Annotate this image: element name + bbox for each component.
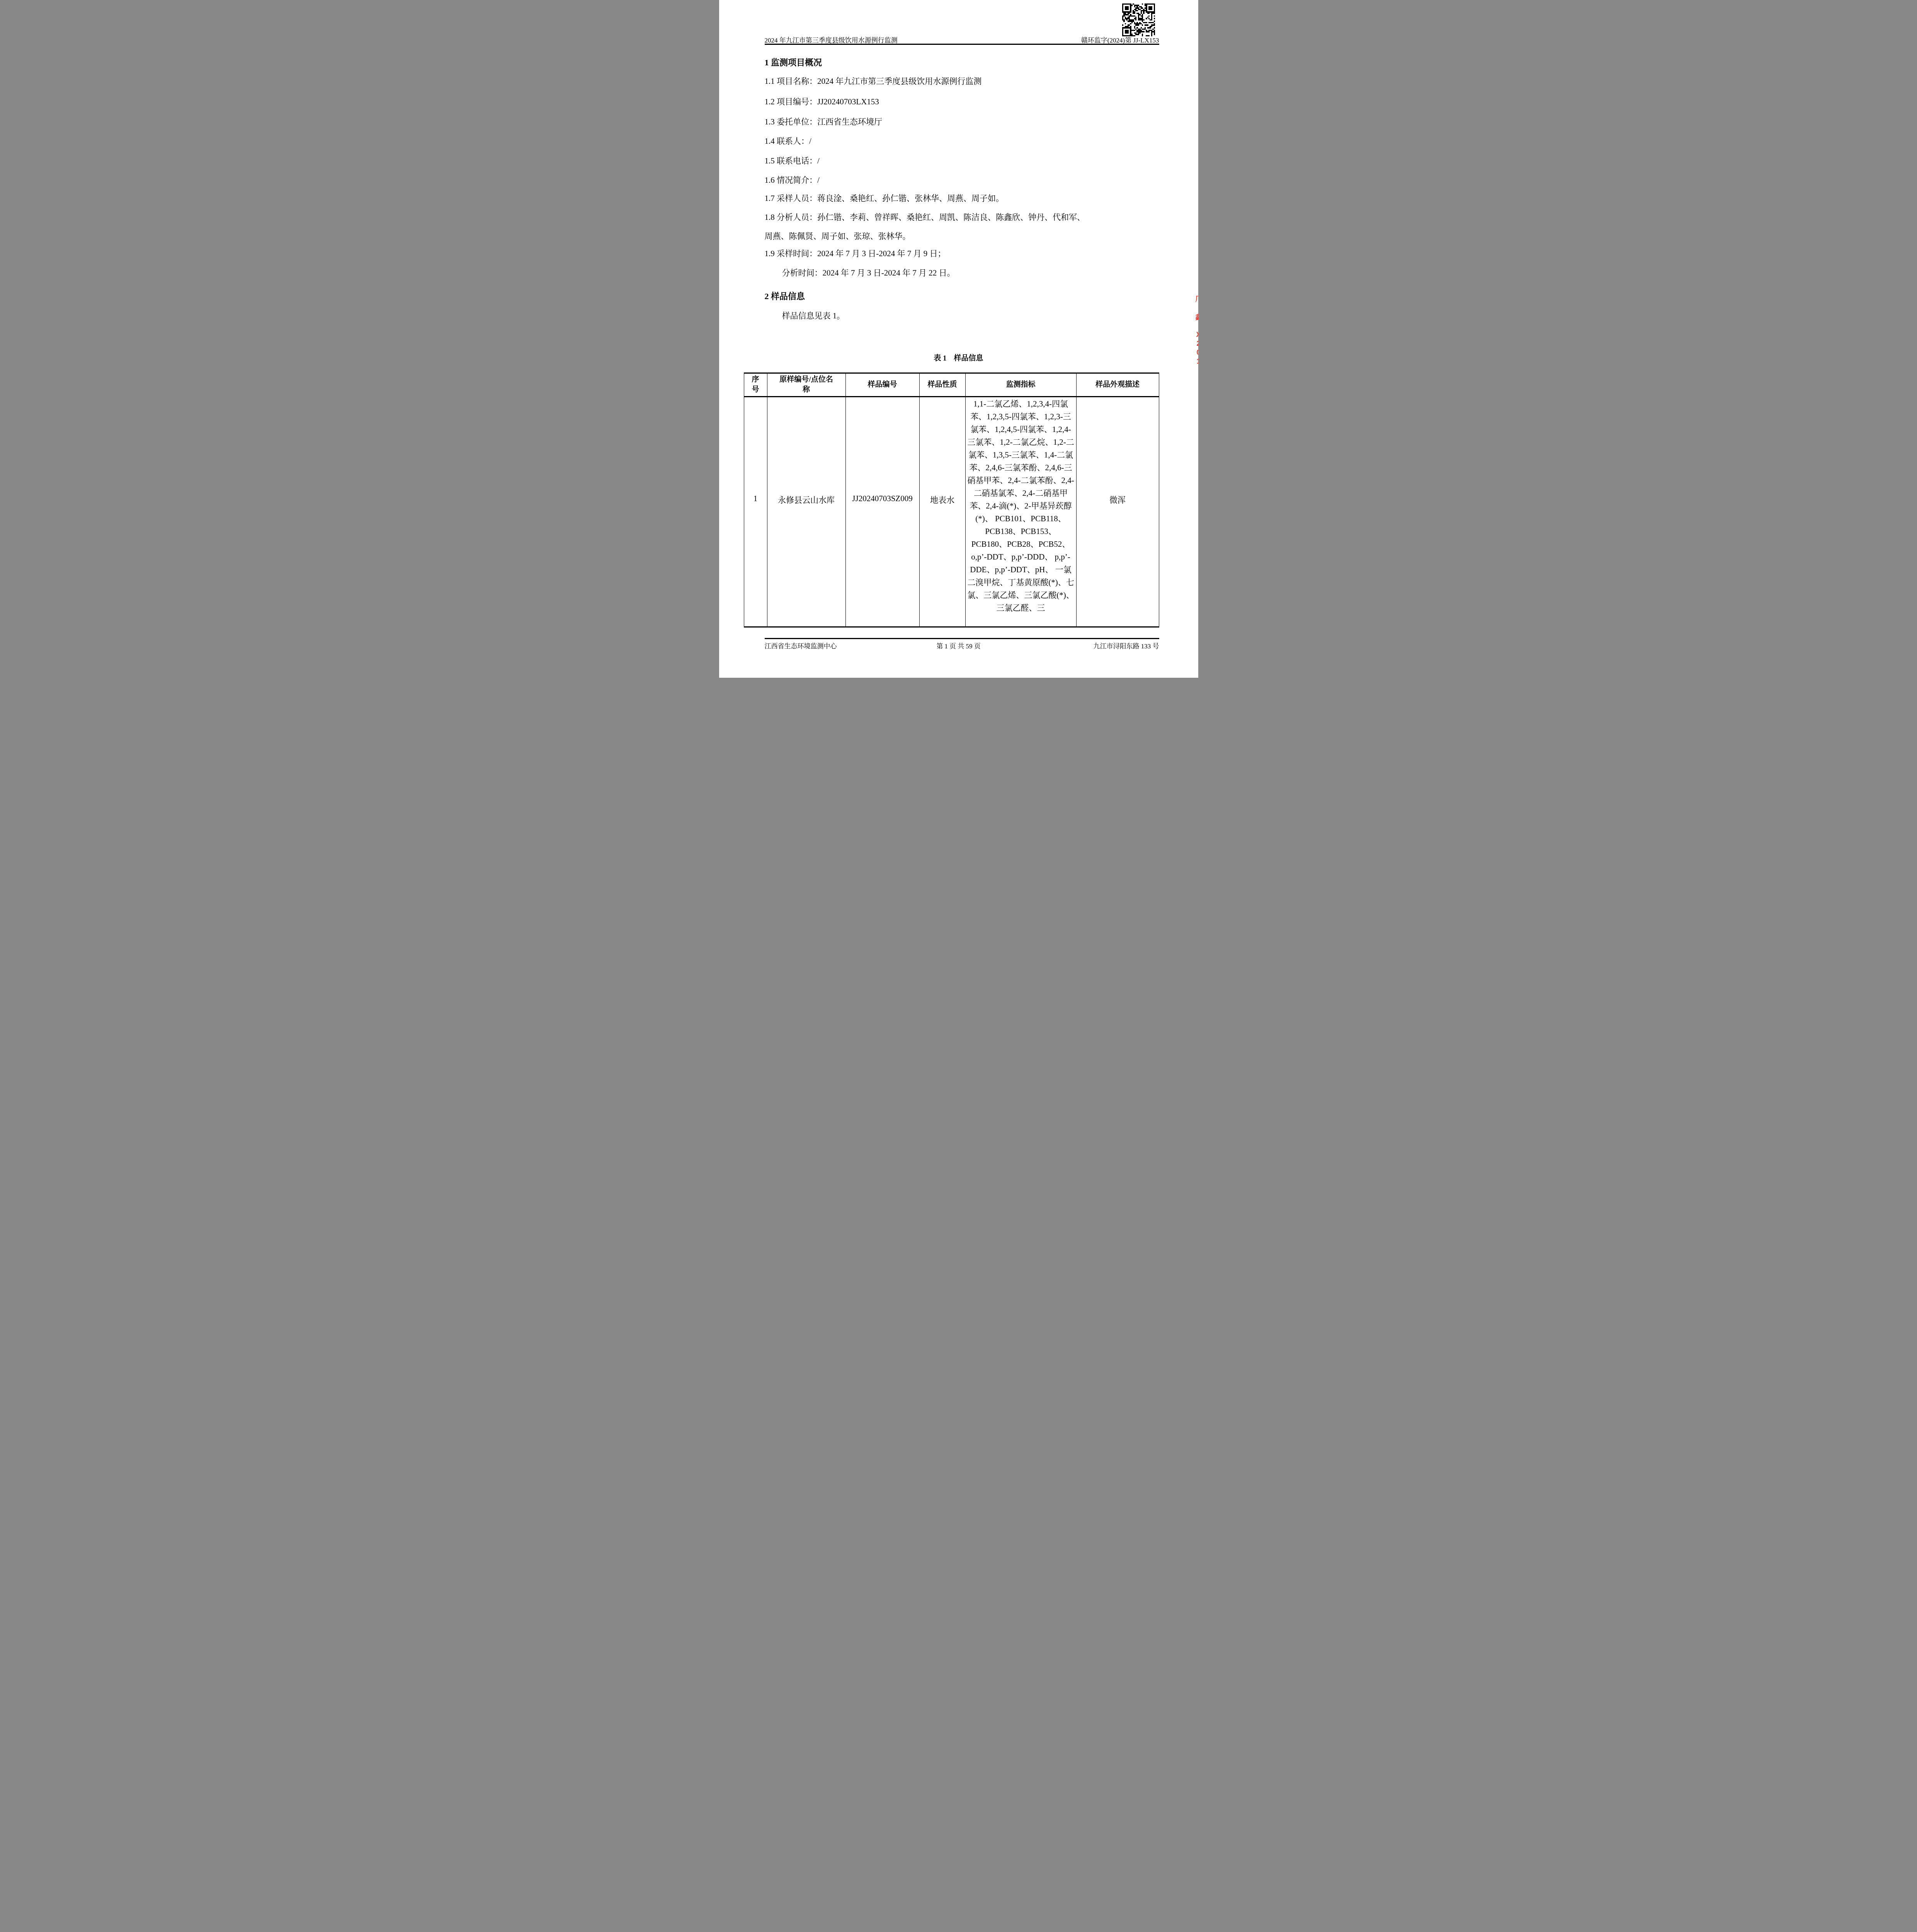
cell-indicators: 1,1-二氯乙烯、1,2,3,4-四氯苯、1,2,3,5-四氯苯、1,2,3-三… bbox=[966, 397, 1077, 626]
item-analysts-line1: 1.8 分析人员：孙仁锴、李莉、曾祥晖、桑艳红、周凯、陈洁良、陈鑫欣、钟丹、代和… bbox=[765, 211, 1085, 223]
footer-address: 九江市浔阳东路 133 号 bbox=[1094, 641, 1159, 650]
col-header-sample-id: 样品编号 bbox=[846, 374, 920, 396]
cell-appearance: 微浑 bbox=[1077, 397, 1159, 626]
table-caption: 表 1 样品信息 bbox=[719, 352, 1198, 363]
item-brief: 1.6 情况简介：/ bbox=[765, 174, 820, 185]
item-project-name: 1.1 项目名称：2024 年九江市第三季度县级饮用水源例行监测 bbox=[765, 75, 982, 87]
col-header-indicators: 监测指标 bbox=[966, 374, 1077, 396]
footer-divider bbox=[765, 638, 1159, 639]
item-analysts-line2: 周燕、陈佩贤、周子如、张琼、张林华。 bbox=[765, 230, 911, 241]
stamp-fragment: 厂 bbox=[1195, 295, 1198, 303]
item-project-number: 1.2 项目编号：JJ20240703LX153 bbox=[765, 95, 879, 107]
cell-site: 永修县云山水库 bbox=[767, 397, 846, 626]
sample-info-table: 序 号 原样编号/点位名 称 样品编号 样品性质 监测指标 样品外观描述 1 永… bbox=[744, 372, 1159, 628]
footer-organization: 江西省生态环境监测中心 bbox=[765, 641, 837, 650]
qr-code-icon bbox=[1122, 3, 1155, 36]
cell-no: 1 bbox=[744, 397, 767, 626]
table-header-row: 序 号 原样编号/点位名 称 样品编号 样品性质 监测指标 样品外观描述 bbox=[744, 374, 1159, 397]
header-report-title: 2024 年九江市第三季度县级饮用水源例行监测 bbox=[765, 35, 898, 44]
stamp-fragment: X201 bbox=[1195, 331, 1198, 366]
section-2-title: 2 样品信息 bbox=[765, 290, 805, 302]
item-contact-phone: 1.5 联系电话：/ bbox=[765, 155, 820, 166]
stamp-text: 厂 鑫 X201 bbox=[1195, 294, 1198, 366]
col-header-no: 序 号 bbox=[744, 374, 767, 396]
stamp-fragment: 鑫 bbox=[1195, 313, 1198, 321]
item-contact-person: 1.4 联系人：/ bbox=[765, 135, 811, 146]
item-sampling-time: 1.9 采样时间：2024 年 7 月 3 日-2024 年 7 月 9 日； bbox=[765, 247, 946, 259]
table-row: 1 永修县云山水库 JJ20240703SZ009 地表水 1,1-二氯乙烯、1… bbox=[744, 397, 1159, 626]
col-header-appearance: 样品外观描述 bbox=[1077, 374, 1159, 396]
header-divider bbox=[765, 44, 1159, 45]
col-header-site: 原样编号/点位名 称 bbox=[767, 374, 846, 396]
item-client: 1.3 委托单位：江西省生态环境厅 bbox=[765, 116, 883, 127]
col-header-nature: 样品性质 bbox=[920, 374, 966, 396]
cell-sample-id: JJ20240703SZ009 bbox=[846, 397, 920, 626]
item-analysis-time: 分析时间：2024 年 7 月 3 日-2024 年 7 月 22 日。 bbox=[782, 267, 955, 278]
report-page: 2024 年九江市第三季度县级饮用水源例行监测 赣环监字(2024)第 JJ-L… bbox=[719, 0, 1198, 678]
section-1-title: 1 监测项目概况 bbox=[765, 56, 822, 68]
red-seal-stamp-fragment: 厂 鑫 X201 bbox=[1195, 294, 1198, 402]
section-2-intro: 样品信息见表 1。 bbox=[782, 310, 845, 321]
cell-nature: 地表水 bbox=[920, 397, 966, 626]
item-samplers: 1.7 采样人员：蒋良淦、桑艳红、孙仁锴、张林华、周燕、周子如。 bbox=[765, 192, 1004, 204]
